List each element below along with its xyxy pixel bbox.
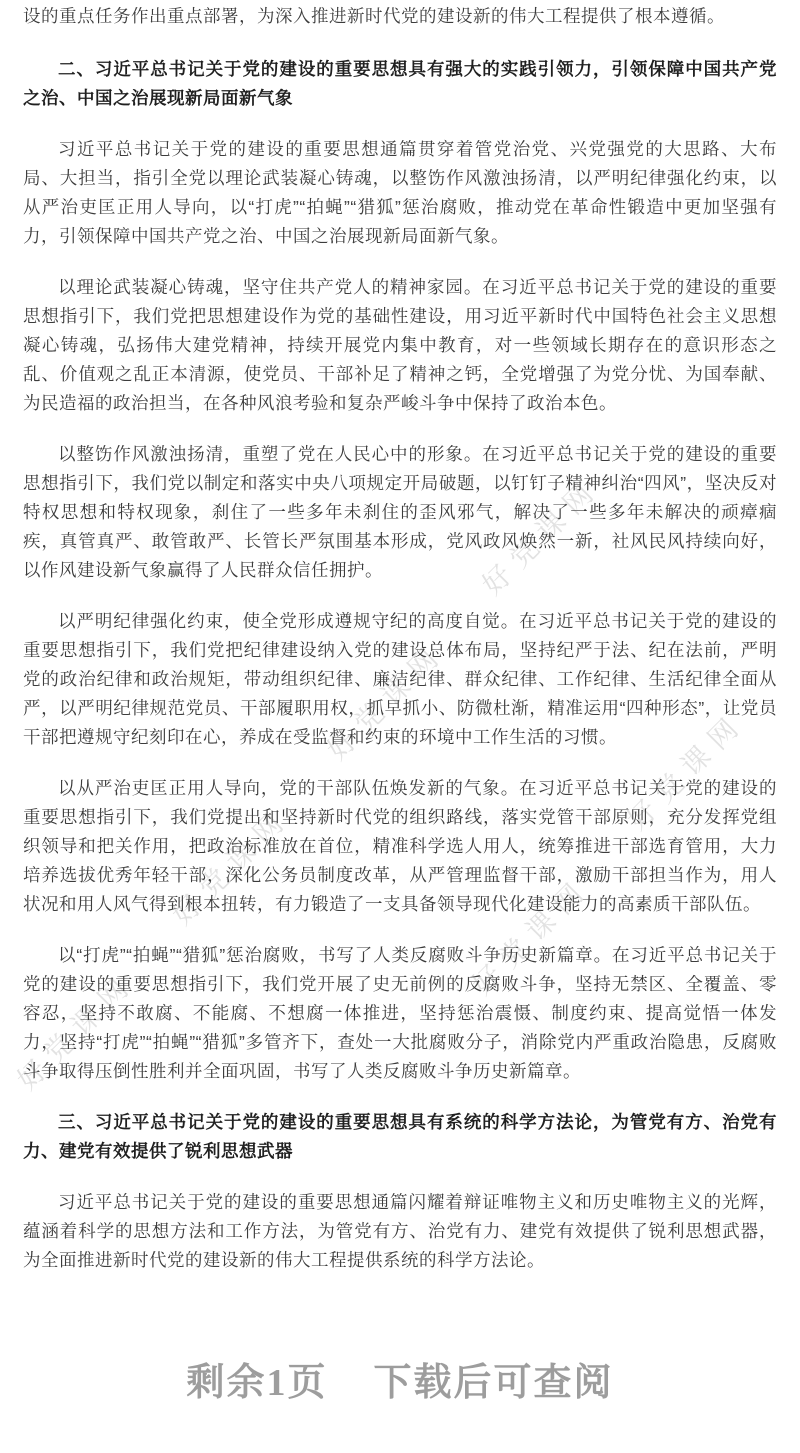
paragraph: 以“打虎”“拍蝇”“猎狐”惩治腐败，书写了人类反腐败斗争历史新篇章。在习近平总书… — [23, 941, 777, 1086]
paragraph: 习近平总书记关于党的建设的重要思想通篇闪耀着辩证唯物主义和历史唯物主义的光辉，蕴… — [23, 1188, 777, 1275]
paragraph: 以整饬作风激浊扬清，重塑了党在人民心中的形象。在习近平总书记关于党的建设的重要思… — [23, 440, 777, 585]
continuation-paragraph: 设的重点任务作出重点部署，为深入推进新时代党的建设新的伟大工程提供了根本遵循。 — [23, 2, 777, 31]
preview-footer: 剩余1页下载后可查阅 — [0, 1361, 800, 1405]
section-heading-3: 三、习近平总书记关于党的建设的重要思想具有系统的科学方法论，为管党有方、治党有力… — [23, 1108, 777, 1166]
paragraph: 以严明纪律强化约束，使全党形成遵规守纪的高度自觉。在习近平总书记关于党的建设的重… — [23, 607, 777, 752]
remaining-pages-label: 剩余1页 — [186, 1362, 327, 1404]
paragraph: 习近平总书记关于党的建设的重要思想通篇贯穿着管党治党、兴党强党的大思路、大布局、… — [23, 135, 777, 251]
paragraph: 以理论武装凝心铸魂，坚守住共产党人的精神家园。在习近平总书记关于党的建设的重要思… — [23, 273, 777, 418]
download-hint-label: 下载后可查阅 — [374, 1362, 614, 1404]
section-heading-2: 二、习近平总书记关于党的建设的重要思想具有强大的实践引领力，引领保障中国共产党之… — [23, 55, 777, 113]
document-preview-page: 好党课网 好党课网 好党课网 好党课网 好党课网 好党课网 设的重点任务作出重点… — [0, 0, 800, 1453]
paragraph: 以从严治吏匡正用人导向，党的干部队伍焕发新的气象。在习近平总书记关于党的建设的重… — [23, 774, 777, 919]
document-body: 设的重点任务作出重点部署，为深入推进新时代党的建设新的伟大工程提供了根本遵循。 … — [0, 0, 800, 1275]
